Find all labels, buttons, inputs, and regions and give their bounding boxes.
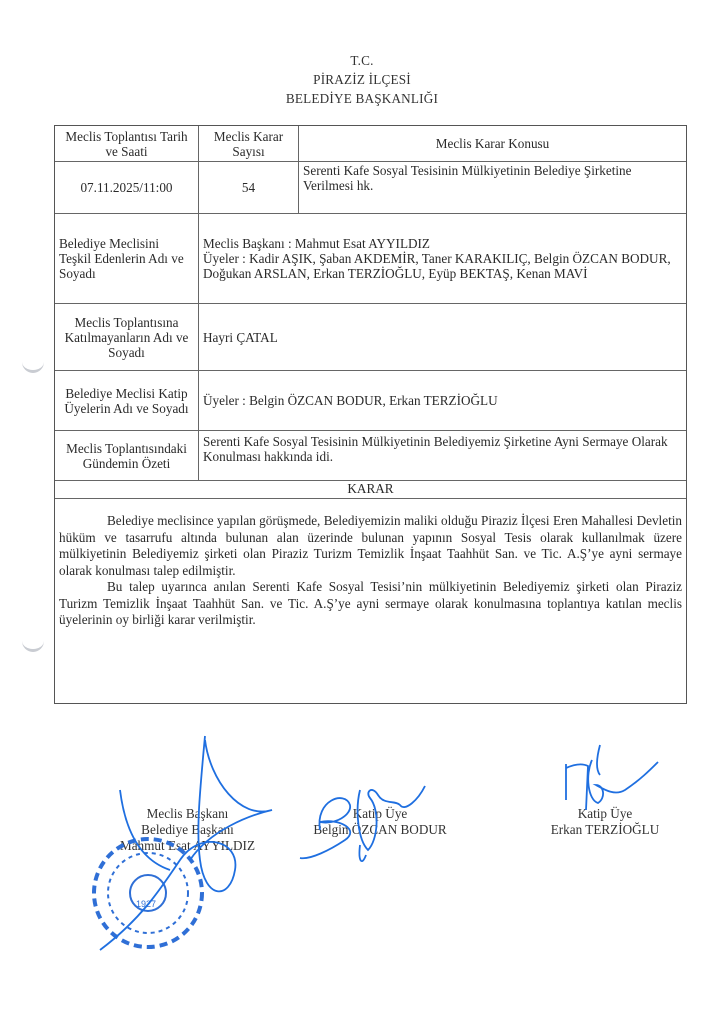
table-row-decision: 07.11.2025/11:00 54 Serenti Kafe Sosyal … — [55, 162, 686, 214]
decision-table: Meclis Toplantısı Tarih ve Saati Meclis … — [54, 125, 687, 704]
header-district: PİRAZİZ İLÇESİ — [0, 70, 724, 89]
table-header-row: Meclis Toplantısı Tarih ve Saati Meclis … — [55, 126, 686, 162]
clerks-label: Belediye Meclisi Katip Üyelerin Adı ve S… — [55, 371, 199, 430]
karar-body: Belediye meclisince yapılan görüşmede, B… — [55, 499, 686, 703]
col-number-header: Meclis Karar Sayısı — [199, 126, 299, 161]
signature-name: Erkan TERZİOĞLU — [530, 822, 680, 838]
signature-role: Belediye Başkanı — [95, 822, 280, 838]
absent-label: Meclis Toplantısına Katılmayanların Adı … — [55, 304, 199, 370]
karar-paragraph: Belediye meclisince yapılan görüşmede, B… — [59, 513, 682, 579]
members-value: Meclis Başkanı : Mahmut Esat AYYILDIZ Üy… — [199, 214, 686, 303]
punch-hole-top — [22, 361, 44, 373]
punch-hole-bottom — [22, 640, 44, 652]
signature-name: Mahmut Esat AYYILDIZ — [95, 838, 280, 854]
signature-block-clerk-2: Katip Üye Erkan TERZİOĞLU — [530, 806, 680, 838]
karar-paragraph: Bu talep uyarınca anılan Serenti Kafe So… — [59, 579, 682, 629]
signature-block-clerk-1: Katip Üye Belgin ÖZCAN BODUR — [300, 806, 460, 838]
clerk2-signature-icon — [566, 745, 658, 810]
clerks-value: Üyeler : Belgin ÖZCAN BODUR, Erkan TERZİ… — [199, 371, 686, 430]
signature-name: Belgin ÖZCAN BODUR — [300, 822, 460, 838]
table-row-clerks: Belediye Meclisi Katip Üyelerin Adı ve S… — [55, 371, 686, 431]
col-date-header: Meclis Toplantısı Tarih ve Saati — [55, 126, 199, 161]
decision-subject: Serenti Kafe Sosyal Tesisinin Mülkiyetin… — [299, 162, 686, 213]
signature-role: Katip Üye — [300, 806, 460, 822]
table-row-karar-body: Belediye meclisince yapılan görüşmede, B… — [55, 499, 686, 703]
document-header: T.C. PİRAZİZ İLÇESİ BELEDİYE BAŞKANLIĞI — [0, 51, 724, 108]
signature-role: Meclis Başkanı — [95, 806, 280, 822]
agenda-value: Serenti Kafe Sosyal Tesisinin Mülkiyetin… — [199, 431, 686, 480]
signature-role: Katip Üye — [530, 806, 680, 822]
signature-block-chair: Meclis Başkanı Belediye Başkanı Mahmut E… — [95, 806, 280, 854]
table-row-agenda: Meclis Toplantısındaki Gündemin Özeti Se… — [55, 431, 686, 481]
table-row-karar-title: KARAR — [55, 481, 686, 499]
members-chair: Meclis Başkanı : Mahmut Esat AYYILDIZ — [203, 236, 682, 251]
absent-value: Hayri ÇATAL — [199, 304, 686, 370]
members-list: Üyeler : Kadir AŞIK, Şaban AKDEMİR, Tane… — [203, 251, 682, 281]
official-stamp-icon: 1927 — [94, 839, 202, 947]
col-subject-header: Meclis Karar Konusu — [299, 126, 686, 161]
decision-date: 07.11.2025/11:00 — [55, 162, 199, 213]
table-row-members: Belediye Meclisini Teşkil Edenlerin Adı … — [55, 214, 686, 304]
header-institution: BELEDİYE BAŞKANLIĞI — [0, 89, 724, 108]
svg-text:1927: 1927 — [136, 899, 156, 909]
decision-number: 54 — [199, 162, 299, 213]
agenda-label: Meclis Toplantısındaki Gündemin Özeti — [55, 431, 199, 480]
header-country: T.C. — [0, 51, 724, 70]
members-label: Belediye Meclisini Teşkil Edenlerin Adı … — [55, 214, 199, 303]
table-row-absent: Meclis Toplantısına Katılmayanların Adı … — [55, 304, 686, 371]
karar-title: KARAR — [55, 481, 686, 498]
